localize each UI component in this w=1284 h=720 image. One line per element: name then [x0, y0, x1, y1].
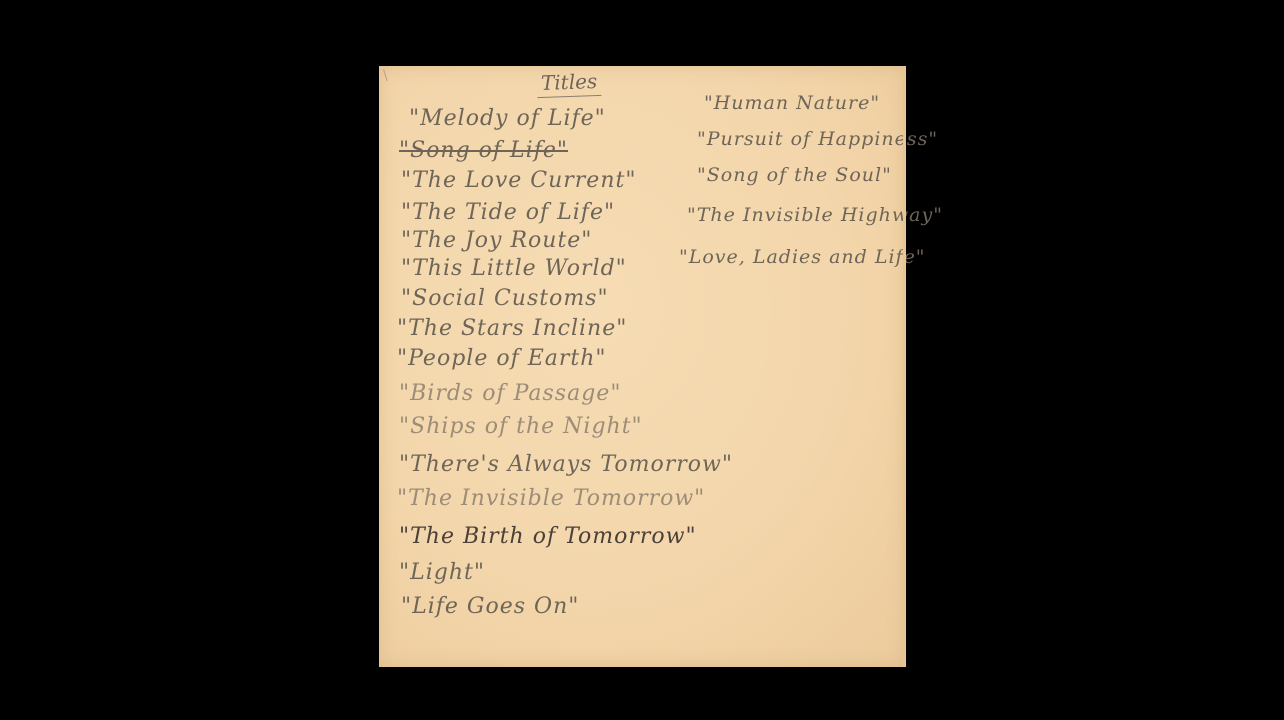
title-entry: "Song of the Soul" — [697, 164, 892, 186]
handwritten-page: \ Titles "Melody of Life""Song of Life""… — [379, 66, 906, 667]
title-entry: "People of Earth" — [397, 346, 607, 371]
title-entry: "The Invisible Tomorrow" — [397, 486, 705, 511]
title-entry: "The Stars Incline" — [397, 316, 627, 341]
title-entry: "Love, Ladies and Life" — [679, 246, 926, 268]
title-entry: "The Tide of Life" — [401, 200, 615, 225]
title-entry: "Human Nature" — [704, 92, 880, 114]
title-entry: "Birds of Passage" — [399, 381, 621, 406]
title-entry: "Song of Life" — [399, 138, 568, 163]
title-entry: "Life Goes On" — [401, 594, 579, 619]
title-entry: "The Birth of Tomorrow" — [399, 524, 697, 549]
title-entry: "This Little World" — [401, 256, 627, 281]
title-entry: "Pursuit of Happiness" — [697, 128, 938, 150]
title-entry: "Social Customs" — [401, 286, 609, 311]
page-heading: Titles — [537, 69, 602, 98]
title-entry: "The Love Current" — [401, 168, 636, 193]
title-entry: "Light" — [399, 560, 485, 585]
title-entry: "Ships of the Night" — [399, 414, 643, 439]
title-entry: "Melody of Life" — [409, 106, 606, 131]
title-entry: "The Invisible Highway" — [687, 204, 943, 226]
corner-mark: \ — [383, 68, 388, 84]
title-entry: "The Joy Route" — [401, 228, 592, 253]
title-entry: "There's Always Tomorrow" — [399, 452, 733, 477]
